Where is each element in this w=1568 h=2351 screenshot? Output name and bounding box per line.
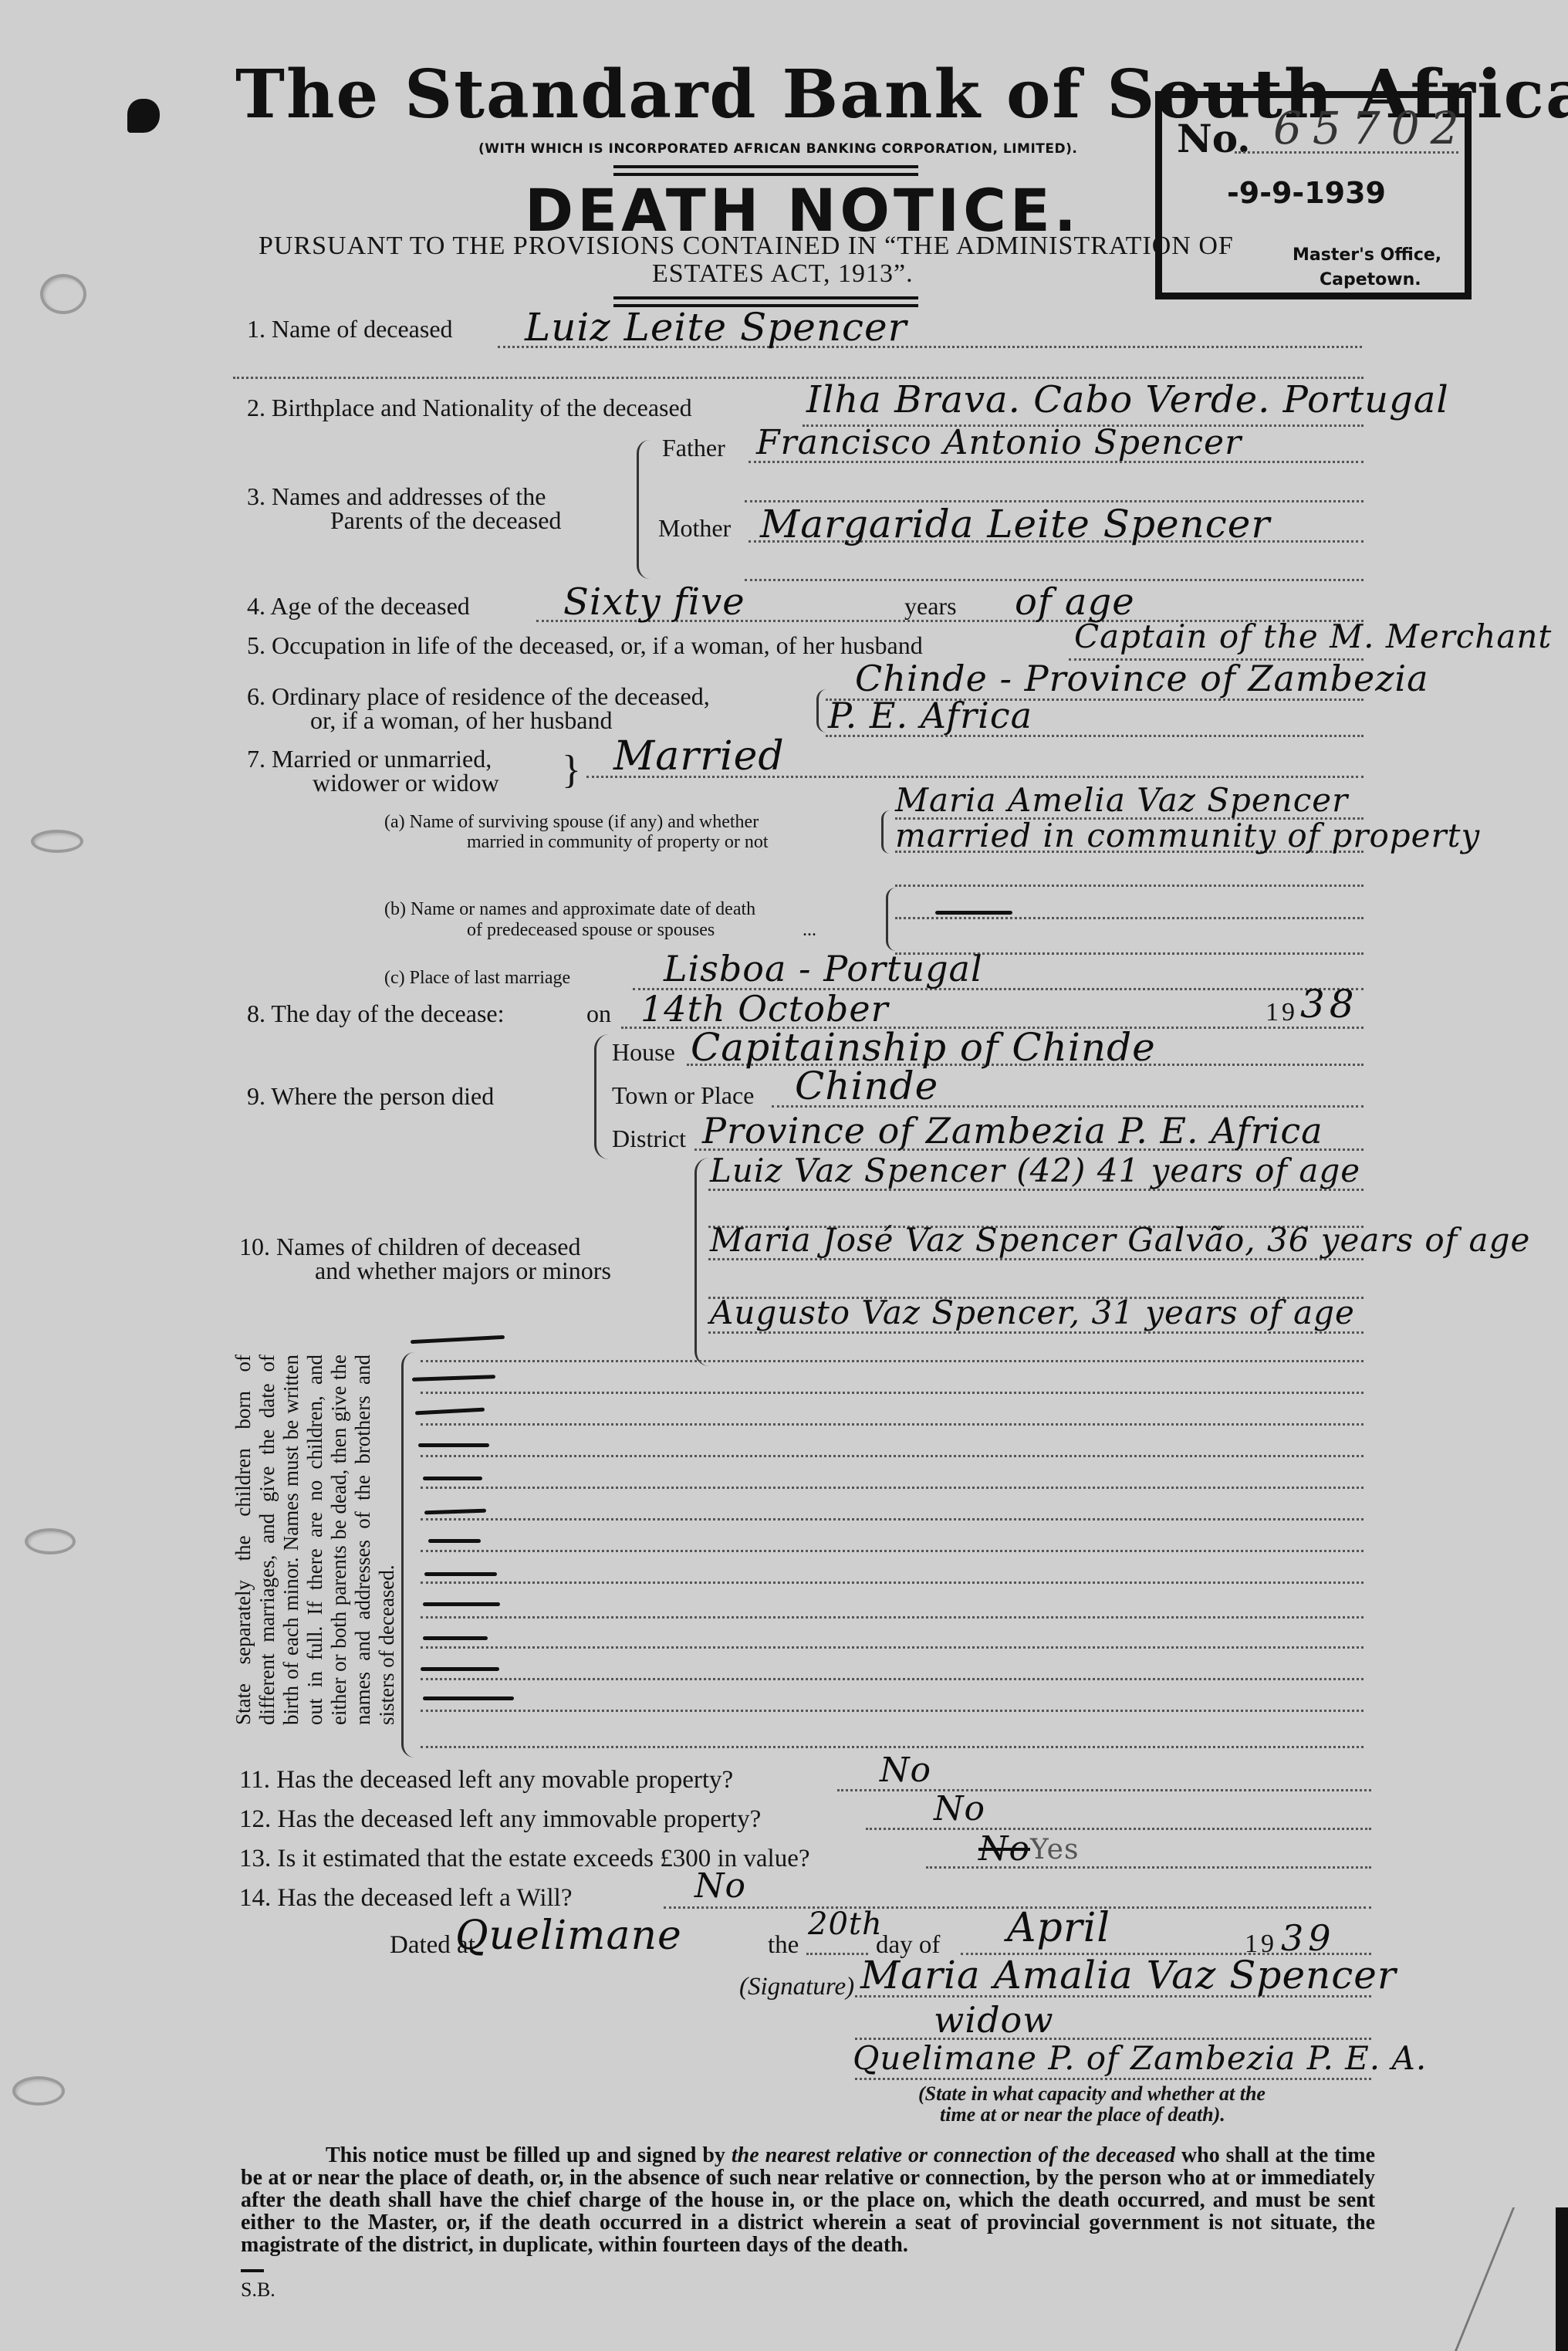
field-4-label: 4. Age of the deceased xyxy=(247,592,470,621)
field-4-value[interactable]: Sixty five xyxy=(563,580,745,624)
dash-mark xyxy=(412,1375,495,1382)
blank-line xyxy=(421,1550,1364,1552)
field-7-label-2: widower or widow xyxy=(313,769,499,797)
signature-capacity[interactable]: widow xyxy=(934,1999,1054,2041)
district-value[interactable]: Province of Zambezia P. E. Africa xyxy=(702,1110,1323,1152)
house-label: House xyxy=(612,1038,675,1067)
footer-notice: This notice must be filled up and signed… xyxy=(241,2144,1375,2256)
field-2-value[interactable]: Ilha Brava. Cabo Verde. Portugal xyxy=(806,378,1449,421)
field-7b-value-dash[interactable] xyxy=(935,911,1012,915)
field-1-value[interactable]: Luiz Leite Spencer xyxy=(525,305,907,350)
blank-line xyxy=(421,1746,1364,1748)
field-3-label-2: Parents of the deceased xyxy=(330,506,561,535)
stamp-number: 65702 xyxy=(1273,102,1470,154)
field-7b-label-1: (b) Name or names and approximate date o… xyxy=(384,899,755,920)
footer-rule xyxy=(241,2269,264,2272)
field-1-label: 1. Name of deceased xyxy=(247,315,453,343)
dash-mark xyxy=(424,1572,497,1576)
field-7a-value-2[interactable]: married in community of property xyxy=(895,817,1480,854)
page-edge xyxy=(1556,2207,1568,2351)
punch-hole-3 xyxy=(25,1528,76,1554)
field-6-value-2[interactable]: P. E. Africa xyxy=(828,695,1032,736)
father-label: Father xyxy=(662,434,725,462)
mother-label: Mother xyxy=(658,514,731,543)
dated-day[interactable]: 20th xyxy=(808,1906,883,1942)
child-3[interactable]: Augusto Vaz Spencer, 31 years of age xyxy=(710,1294,1355,1331)
field-5-label: 5. Occupation in life of the deceased, o… xyxy=(247,631,923,660)
field-7b-label-2: of predeceased spouse or spouses xyxy=(467,920,715,941)
dash-mark xyxy=(423,1477,482,1480)
field-10-brace xyxy=(694,1158,709,1366)
blank-line xyxy=(421,1487,1364,1489)
child-1[interactable]: Luiz Vaz Spencer (42) 41 years of age xyxy=(710,1152,1360,1189)
dated-day-line xyxy=(806,1953,868,1955)
field-7b-ellipsis: ... xyxy=(803,920,816,941)
stamp-office-line-1: Master's Office, xyxy=(1293,245,1441,265)
blank-line xyxy=(421,1616,1364,1619)
field-12-label: 12. Has the deceased left any immovable … xyxy=(239,1805,761,1834)
dash-mark xyxy=(423,1602,500,1606)
punch-hole-4 xyxy=(12,2076,65,2106)
punch-hole-2 xyxy=(31,830,83,853)
field-14-label: 14. Has the deceased left a Will? xyxy=(239,1884,572,1913)
blank-line xyxy=(421,1581,1364,1584)
child-2[interactable]: Maria José Vaz Spencer Galvão, 36 years … xyxy=(710,1221,1530,1259)
field-9-brace xyxy=(594,1034,609,1159)
header-rule-bottom xyxy=(613,296,918,299)
town-label: Town or Place xyxy=(612,1081,754,1110)
field-13-value[interactable]: Yes xyxy=(1030,1834,1079,1866)
field-14-value[interactable]: No xyxy=(694,1866,746,1906)
footer-notice-lead: This notice must be filled up and signed… xyxy=(326,2143,732,2167)
dash-mark xyxy=(421,1667,499,1671)
blank-line xyxy=(421,1710,1364,1712)
field-10-label-2: and whether majors or minors xyxy=(315,1257,611,1285)
footer-notice-italic: the nearest relative or connection of th… xyxy=(732,2143,1175,2167)
field-7-brace: } xyxy=(562,747,581,793)
signature-note-2: time at or near the place of death). xyxy=(940,2103,1225,2126)
dash-mark xyxy=(418,1443,489,1447)
field-7a-value-1[interactable]: Maria Amelia Vaz Spencer xyxy=(895,781,1348,819)
field-7a-brace xyxy=(881,810,890,854)
field-7a-label-2: married in community of property or not xyxy=(467,832,769,853)
field-6-value-1[interactable]: Chinde - Province of Zambezia xyxy=(855,658,1429,699)
blank-line xyxy=(421,1678,1364,1680)
dated-the-label: the xyxy=(768,1931,799,1960)
blank-line xyxy=(421,1423,1364,1426)
pursuant-line-1: PURSUANT TO THE PROVISIONS CONTAINED IN … xyxy=(259,232,1234,261)
signature-label: (Signature) xyxy=(739,1973,854,2001)
header-rule-top xyxy=(613,165,918,168)
page-fold-corner xyxy=(1455,2207,1568,2351)
dash-mark xyxy=(415,1408,485,1416)
field-3-brace xyxy=(637,440,650,579)
signature-note-1: (State in what capacity and whether at t… xyxy=(918,2082,1266,2106)
field-8-on-label: on xyxy=(586,1000,611,1028)
field-8-year-suffix[interactable]: 38 xyxy=(1300,982,1359,1027)
stamp-office-line-2: Capetown. xyxy=(1320,270,1421,289)
field-2-label: 2. Birthplace and Nationality of the dec… xyxy=(247,394,692,422)
field-8-value[interactable]: 14th October xyxy=(640,988,889,1030)
blank-line xyxy=(421,1646,1364,1649)
field-7a-label-1: (a) Name of surviving spouse (if any) an… xyxy=(384,812,759,833)
dash-mark xyxy=(423,1696,514,1700)
field-5-value[interactable]: Captain of the M. Merchant xyxy=(1074,617,1552,655)
signature-name[interactable]: Maria Amalia Vaz Spencer xyxy=(860,1953,1397,1998)
father-value[interactable]: Francisco Antonio Spencer xyxy=(756,423,1242,462)
field-6-label-2: or, if a woman, of her husband xyxy=(310,706,613,735)
dash-mark xyxy=(428,1539,481,1543)
blank-line xyxy=(421,1518,1364,1521)
field-7b-line-0 xyxy=(895,885,1364,887)
years-label: years xyxy=(904,592,957,621)
dash-mark xyxy=(424,1509,486,1515)
field-13-value-struck[interactable]: No xyxy=(978,1829,1030,1869)
field-7-value[interactable]: Married xyxy=(613,733,785,780)
mother-value[interactable]: Margarida Leite Spencer xyxy=(760,502,1270,546)
field-11-value[interactable]: No xyxy=(880,1751,931,1790)
dated-month[interactable]: April xyxy=(1007,1905,1110,1951)
punch-hole-1 xyxy=(40,274,86,314)
signature-place[interactable]: Quelimane P. of Zambezia P. E. A. xyxy=(853,2039,1427,2077)
stamp-no-label: No. xyxy=(1177,116,1251,161)
ink-blot xyxy=(127,99,160,133)
side-note-brace xyxy=(401,1352,414,1757)
district-label: District xyxy=(612,1125,686,1153)
field-7b-brace xyxy=(886,888,896,951)
field-6-brace xyxy=(816,689,826,732)
side-note: State separately the children born of di… xyxy=(231,1355,378,1725)
blank-line xyxy=(421,1360,1364,1362)
dash-mark xyxy=(423,1636,488,1640)
field-8-label: 8. The day of the decease: xyxy=(247,1000,504,1028)
field-7b-line-1 xyxy=(895,917,1364,919)
stamp-date: -9-9-1939 xyxy=(1227,176,1386,210)
bank-subtitle: (WITH WHICH IS INCORPORATED AFRICAN BANK… xyxy=(478,141,1077,157)
field-9-label: 9. Where the person died xyxy=(247,1082,494,1111)
dated-place[interactable]: Quelimane xyxy=(455,1913,682,1959)
blank-line xyxy=(421,1392,1364,1394)
dash-mark xyxy=(411,1335,505,1344)
field-8-year-prefix: 19 xyxy=(1266,998,1298,1027)
pursuant-line-2: ESTATES ACT, 1913”. xyxy=(652,259,914,289)
field-12-value[interactable]: No xyxy=(934,1789,985,1828)
field-7c-value[interactable]: Lisboa - Portugal xyxy=(664,948,983,989)
form-code: S.B. xyxy=(241,2278,275,2302)
signature-line-3 xyxy=(855,2078,1371,2080)
child-line-3 xyxy=(708,1331,1364,1334)
town-value[interactable]: Chinde xyxy=(795,1064,938,1108)
field-11-label: 11. Has the deceased left any movable pr… xyxy=(239,1766,733,1795)
blank-line xyxy=(421,1455,1364,1457)
field-7c-label: (c) Place of last marriage xyxy=(384,968,570,989)
